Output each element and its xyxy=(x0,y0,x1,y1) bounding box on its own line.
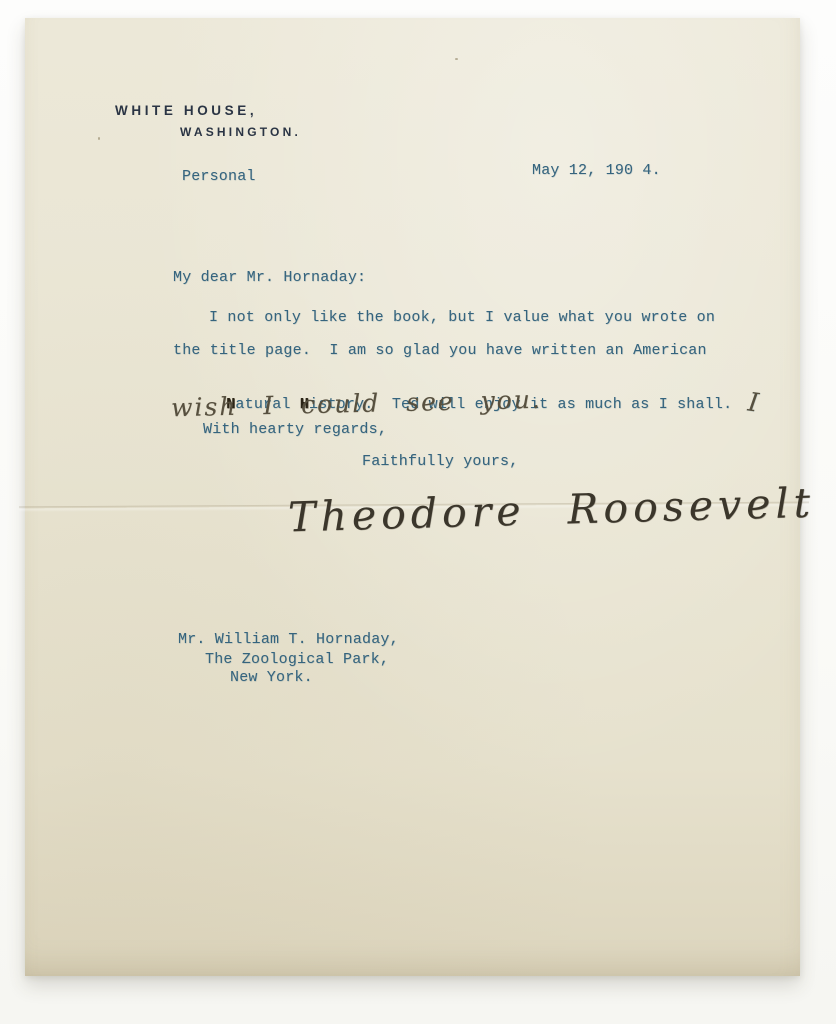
paper-speck xyxy=(455,58,458,60)
signature-handwriting: Theodore Roosevelt xyxy=(287,479,815,542)
handwritten-letter-i: I xyxy=(748,397,760,408)
address-line-2: The Zoological Park, xyxy=(205,650,389,670)
body-line-2: the title page. I am so glad you have wr… xyxy=(173,341,707,361)
address-line-1: Mr. William T. Hornaday, xyxy=(178,630,399,650)
scan-background: WHITE HOUSE, WASHINGTON. Personal May 12… xyxy=(0,0,836,1024)
salutation: My dear Mr. Hornaday: xyxy=(173,268,366,288)
date-line: May 12, 190 4. xyxy=(532,161,661,181)
address-line-3: New York. xyxy=(230,668,313,688)
regards-line: With hearty regards, xyxy=(203,420,387,440)
closing-line: Faithfully yours, xyxy=(362,452,518,472)
paper-speck xyxy=(98,137,100,140)
body-line-1: I not only like the book, but I value wh… xyxy=(209,308,715,328)
letterhead-line-2: WASHINGTON. xyxy=(180,125,301,139)
letter-page: WHITE HOUSE, WASHINGTON. Personal May 12… xyxy=(25,18,800,976)
letterhead-line-1: WHITE HOUSE, xyxy=(115,103,257,118)
personal-label: Personal xyxy=(182,167,256,187)
